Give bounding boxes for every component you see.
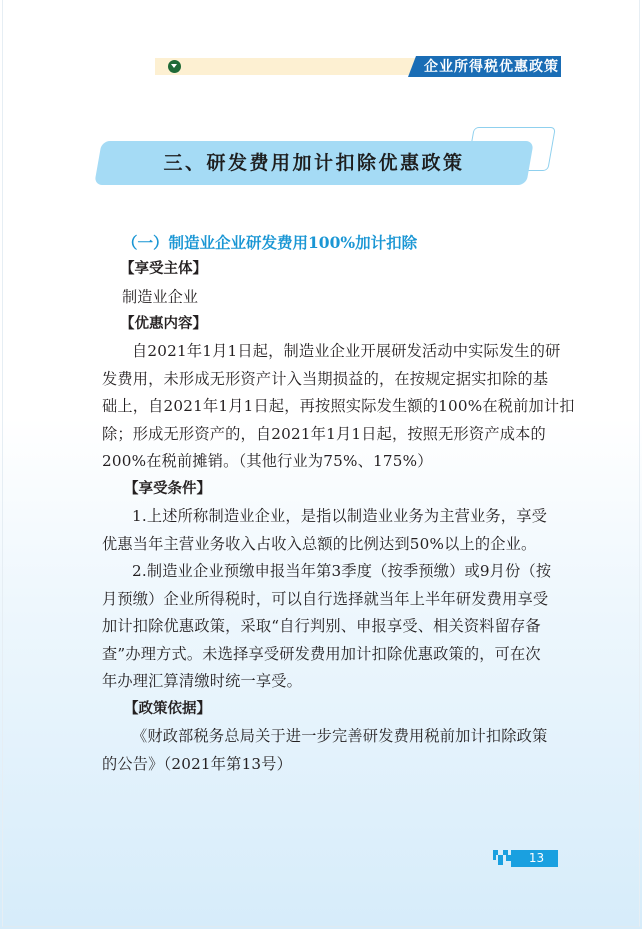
- condition-line: 加计扣除优惠政策，采取“自行判别、申报享受、相关资料留存备: [102, 613, 556, 641]
- basis-line: 《财政部税务总局关于进一步完善研发费用税前加计扣除政策: [102, 723, 556, 751]
- content-line: 础上，自2021年1月1日起，再按照实际发生额的100%在税前加计扣: [102, 393, 556, 421]
- document-body: （一）制造业企业研发费用100%加计扣除 【享受主体】 制造业企业 【优惠内容】…: [102, 229, 556, 778]
- condition-line: 2.制造业企业预缴申报当年第3季度（按季预缴）或9月份（按: [102, 558, 556, 586]
- subsection-title: （一）制造业企业研发费用100%加计扣除: [122, 229, 556, 256]
- condition-line: 查”办理方式。未选择享受研发费用加计扣除优惠政策的，可在次: [102, 641, 556, 669]
- condition-line: 优惠当年主营业务收入占收入总额的比例达到50%以上的企业。: [102, 531, 556, 559]
- label-conditions: 【享受条件】: [124, 476, 556, 504]
- condition-line: 月预缴）企业所得税时，可以自行选择就当年上半年研发费用享受: [102, 586, 556, 614]
- content-paragraph: 自2021年1月1日起，制造业企业开展研发活动中实际发生的研 发费用，未形成无形…: [102, 338, 556, 476]
- section-title: 三、研发费用加计扣除优惠政策: [98, 141, 530, 185]
- beneficiary-text: 制造业企业: [122, 284, 556, 311]
- content-line: 自2021年1月1日起，制造业企业开展研发活动中实际发生的研: [102, 338, 556, 366]
- label-content: 【优惠内容】: [120, 311, 556, 339]
- condition-item-2: 2.制造业企业预缴申报当年第3季度（按季预缴）或9月份（按 月预缴）企业所得税时…: [102, 558, 556, 696]
- content-line: 200%在税前摊销。（其他行业为75%、175%）: [102, 448, 556, 476]
- condition-item-1: 1.上述所称制造业企业，是指以制造业业务为主营业务，享受 优惠当年主营业务收入占…: [102, 503, 556, 558]
- running-header-title: 企业所得税优惠政策: [424, 58, 558, 76]
- label-beneficiary: 【享受主体】: [120, 256, 556, 284]
- page-number-badge: 13: [493, 850, 557, 867]
- basis-paragraph: 《财政部税务总局关于进一步完善研发费用税前加计扣除政策 的公告》（2021年第1…: [102, 723, 556, 778]
- content-line: 发费用，未形成无形资产计入当期损益的，在按规定据实扣除的基: [102, 366, 556, 394]
- chevron-down-circle-icon: [168, 60, 181, 73]
- page-number: 13: [511, 850, 558, 867]
- basis-line: 的公告》（2021年第13号）: [102, 751, 556, 779]
- checker-pattern-icon: [493, 850, 511, 867]
- condition-line: 1.上述所称制造业企业，是指以制造业业务为主营业务，享受: [102, 503, 556, 531]
- condition-line: 年办理汇算清缴时统一享受。: [102, 668, 556, 696]
- label-basis: 【政策依据】: [124, 696, 556, 724]
- content-line: 除；形成无形资产的，自2021年1月1日起，按照无形资产成本的: [102, 421, 556, 449]
